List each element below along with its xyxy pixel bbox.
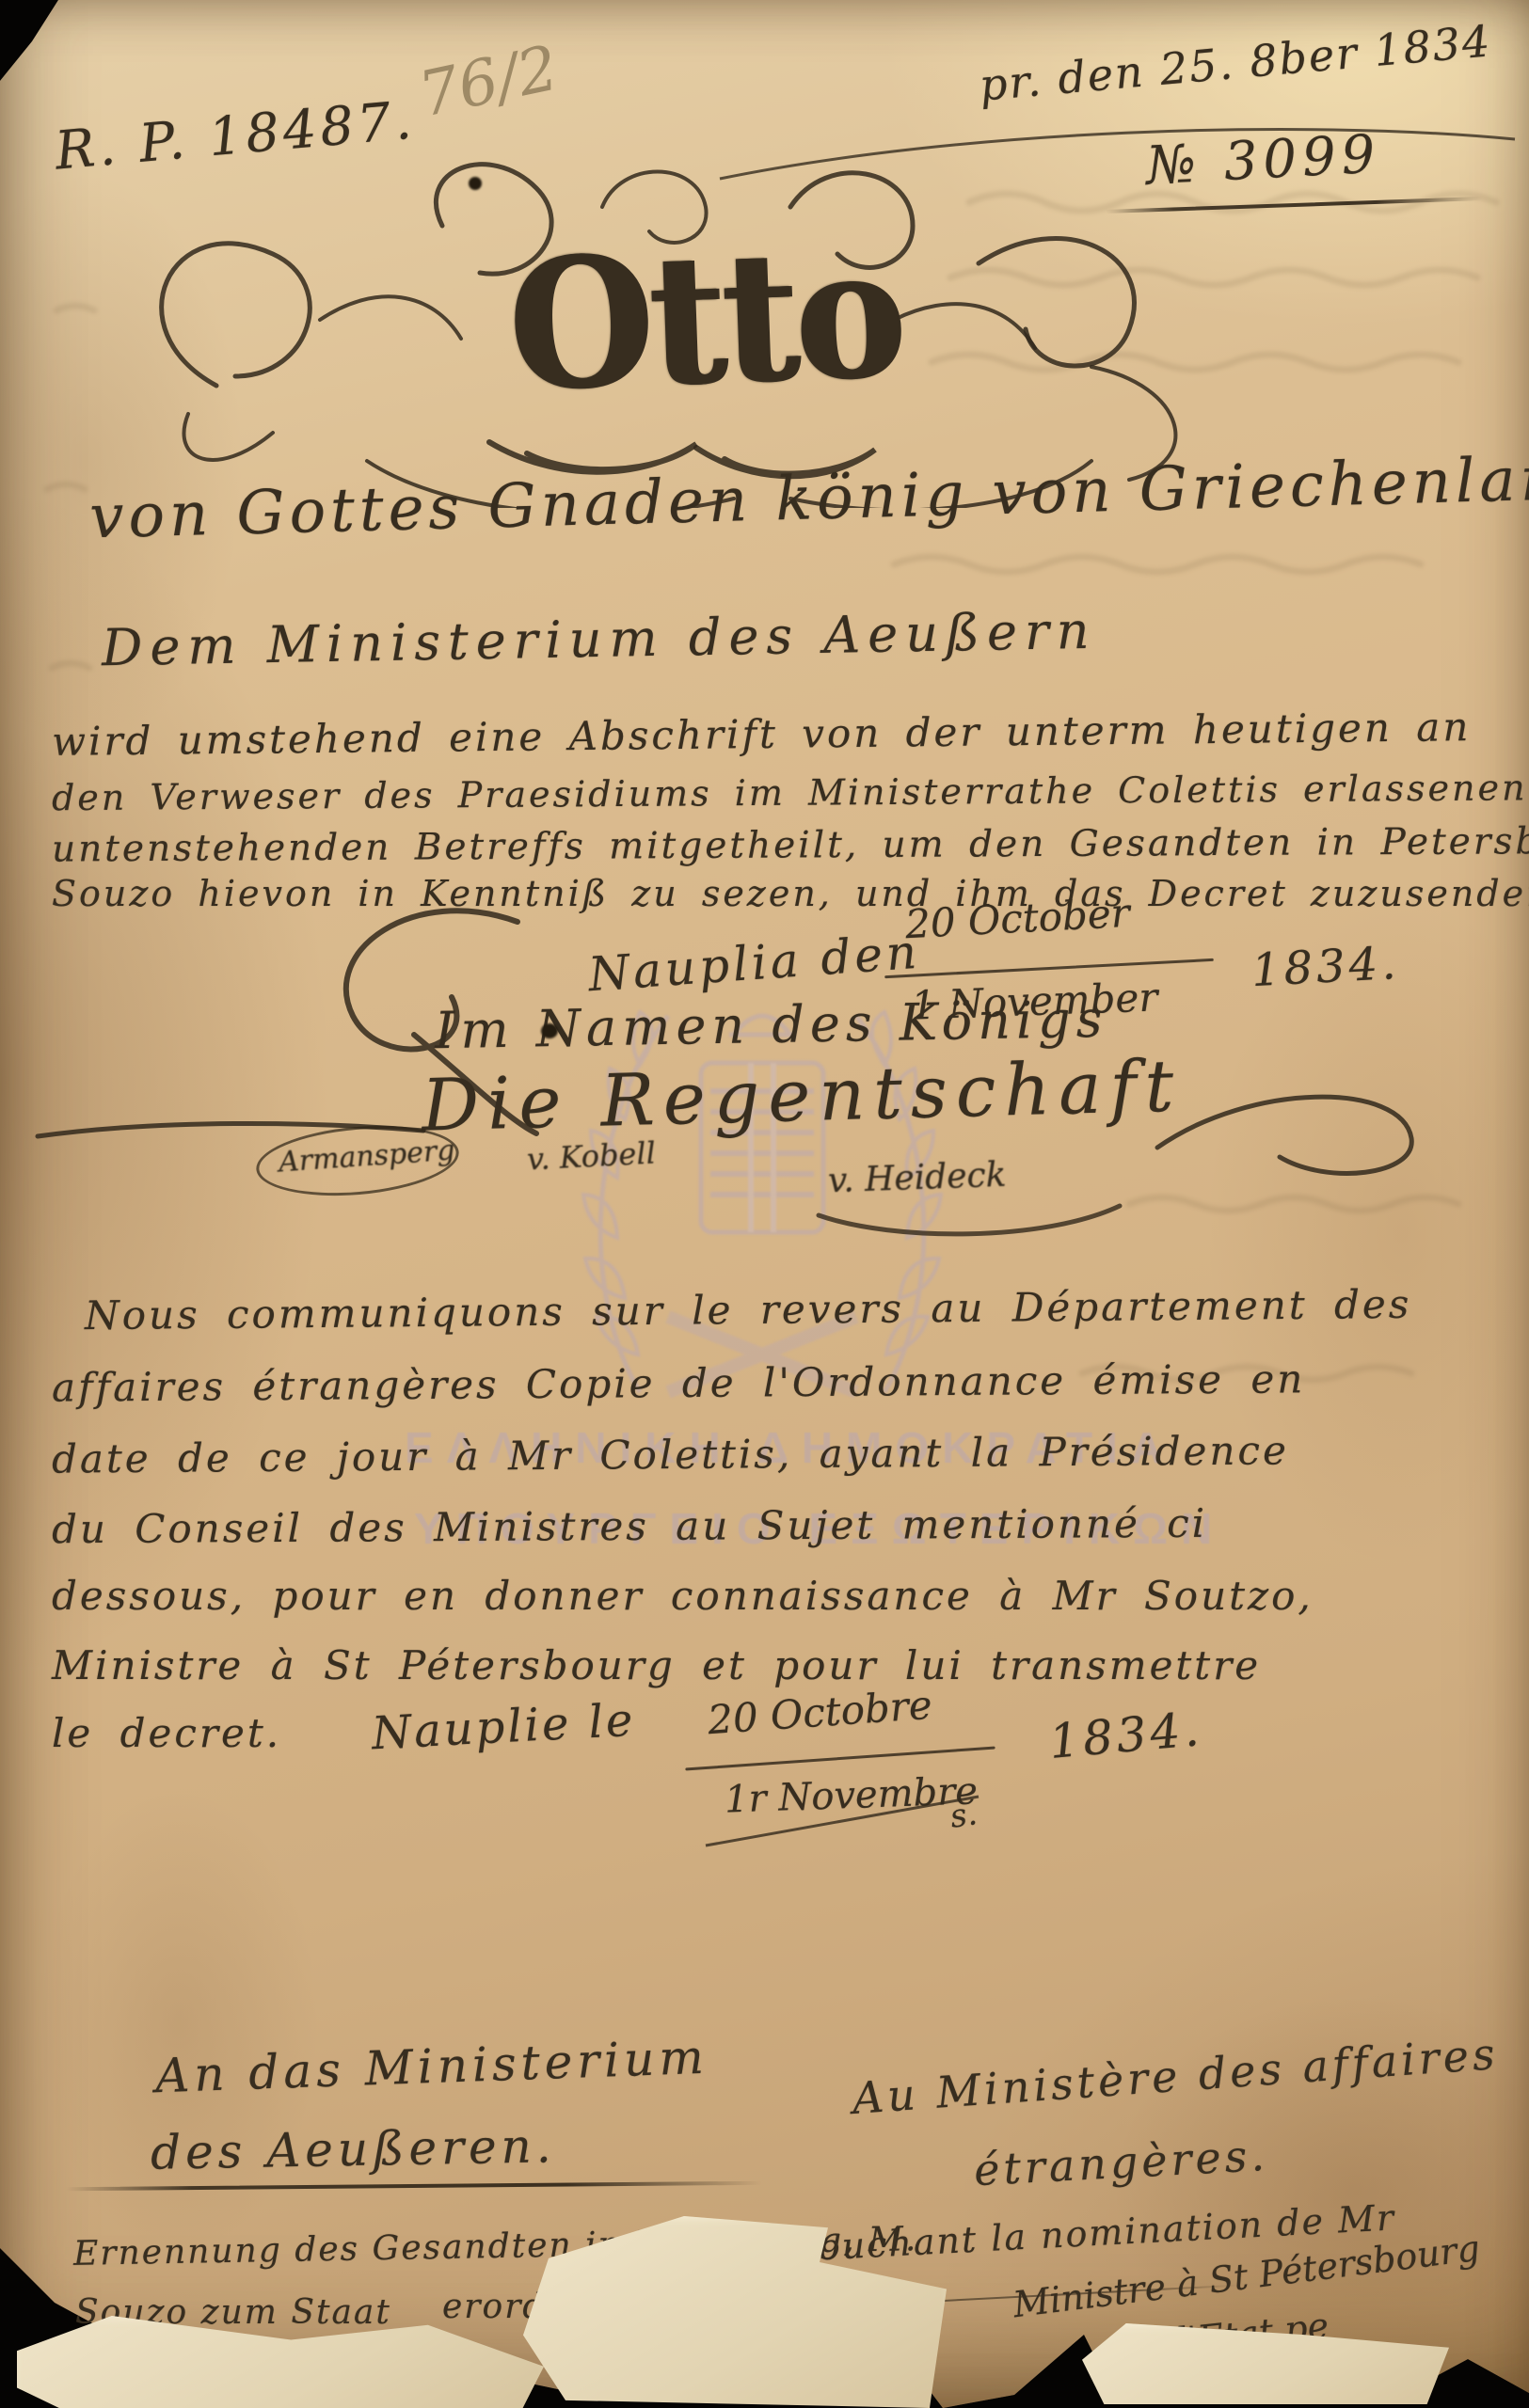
signature-underline-flourish [809, 1187, 1129, 1244]
french-body-line3: date de ce jour à Mr Colettis, ayant la … [52, 1427, 1289, 1481]
german-body-line3: untenstehenden Betreffs mitgetheilt, um … [52, 819, 1529, 870]
scanned-document-page: ΕΛΛΗΝΙΚΗ ΔΗΜΟΚΡΑΤΙΑ ΥΠΟΥΡΓΕΙΟ ΕΞΩΤΕΡΙΚΩΝ… [0, 0, 1529, 2408]
signature-kobell: v. Kobell [526, 1134, 657, 1177]
french-body-line2: affaires étrangères Copie de l'Ordonnanc… [52, 1355, 1306, 1410]
french-body-line6: Ministre à St Pétersbourg et pour lui tr… [52, 1642, 1261, 1688]
dateline-year: 1834. [1250, 937, 1401, 997]
page-title: Otto [504, 208, 904, 432]
regency-flourish [28, 1063, 1505, 1213]
ink-blot [469, 177, 482, 190]
french-body-line5: dessous, pour en donner connaissance à M… [52, 1573, 1314, 1619]
ink-blot [541, 1023, 558, 1038]
french-body-line7: le decret. [52, 1710, 281, 1756]
address-de-line2: des Aeußeren. [151, 2118, 557, 2180]
german-body-line4: Souzo hievon in Kenntniß zu sezen, und i… [52, 873, 1529, 914]
french-body-line4: du Conseil des Ministres au Sujet mentio… [52, 1500, 1207, 1552]
paraph-initial: s. [948, 1795, 980, 1836]
